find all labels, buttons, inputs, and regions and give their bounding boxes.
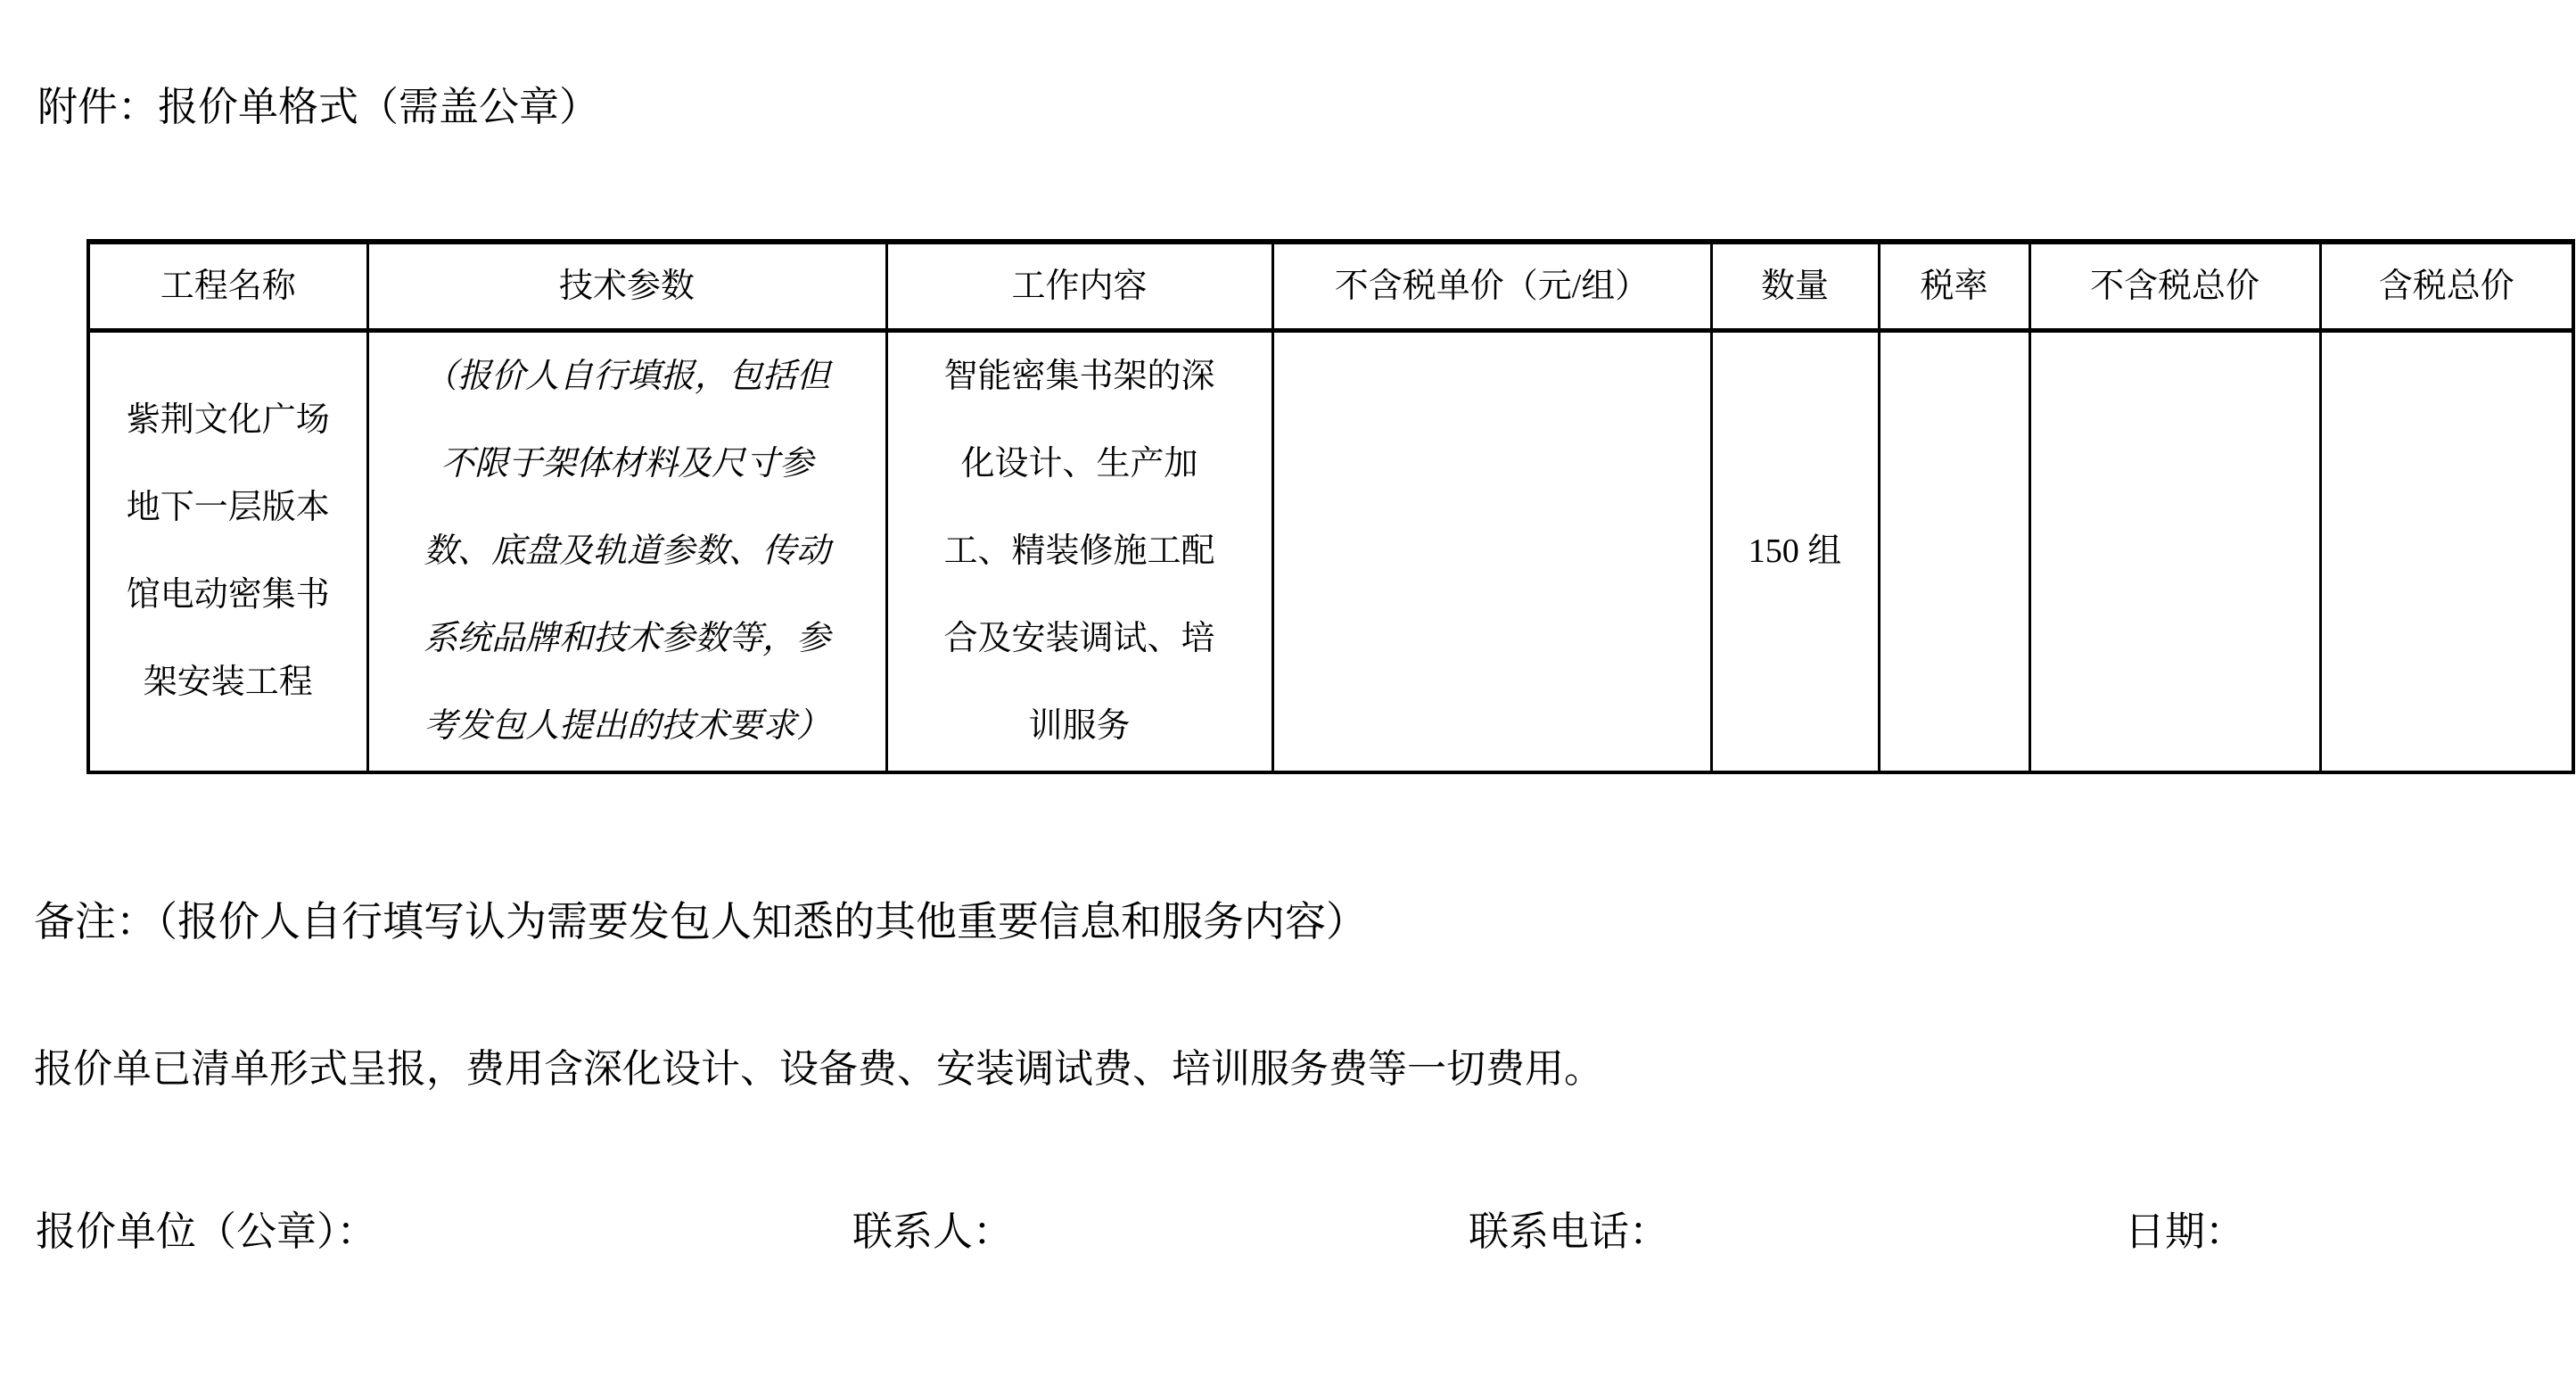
quotation-document-page: 附件：报价单格式（需盖公章） 工程名称 技术参数 工作内容 不含税单价（元/组）…: [0, 0, 2576, 1386]
remark-line: 备注：（报价人自行填写认为需要发包人知悉的其他重要信息和服务内容）: [34, 895, 1367, 949]
col-header-tax-rate: 税率: [1879, 242, 2029, 331]
cell-quantity: 150 组: [1711, 331, 1879, 772]
cell-total-incl-tax: [2320, 331, 2573, 772]
document-title: 附件：报价单格式（需盖公章）: [37, 84, 599, 130]
cell-technical-params: （报价人自行填报，包括但不限于架体材料及尺寸参数、底盘及轨道参数、传动系统品牌和…: [367, 331, 886, 772]
col-header-total-excl-tax: 不含税总价: [2029, 242, 2320, 331]
col-header-work-content: 工作内容: [886, 242, 1272, 331]
col-header-technical-params: 技术参数: [367, 242, 886, 331]
col-header-quantity: 数量: [1711, 242, 1879, 331]
table-row: 紫荆文化广场地下一层版本馆电动密集书架安装工程 （报价人自行填报，包括但不限于架…: [88, 331, 2573, 772]
cell-tax-rate: [1879, 331, 2029, 772]
statement-line: 报价单已清单形式呈报，费用含深化设计、设备费、安装调试费、培训服务费等一切费用。: [34, 1044, 1603, 1095]
col-header-unit-price-excl-tax: 不含税单价（元/组）: [1272, 242, 1711, 331]
quotation-table: 工程名称 技术参数 工作内容 不含税单价（元/组） 数量 税率 不含税总价 含税…: [86, 239, 2575, 774]
table-header-row: 工程名称 技术参数 工作内容 不含税单价（元/组） 数量 税率 不含税总价 含税…: [88, 242, 2573, 331]
cell-total-excl-tax: [2029, 331, 2320, 772]
col-header-total-incl-tax: 含税总价: [2320, 242, 2573, 331]
signature-phone-label: 联系电话：: [1469, 1206, 1669, 1258]
signature-contact-label: 联系人：: [852, 1206, 1013, 1258]
signature-company-label: 报价单位（公章）：: [36, 1206, 377, 1258]
signature-date-label: 日期：: [2125, 1206, 2245, 1258]
cell-project-name: 紫荆文化广场地下一层版本馆电动密集书架安装工程: [88, 331, 367, 772]
cell-work-content: 智能密集书架的深化设计、生产加工、精装修施工配合及安装调试、培训服务: [886, 331, 1272, 772]
cell-unit-price-excl-tax: [1272, 331, 1711, 772]
col-header-project-name: 工程名称: [88, 242, 367, 331]
